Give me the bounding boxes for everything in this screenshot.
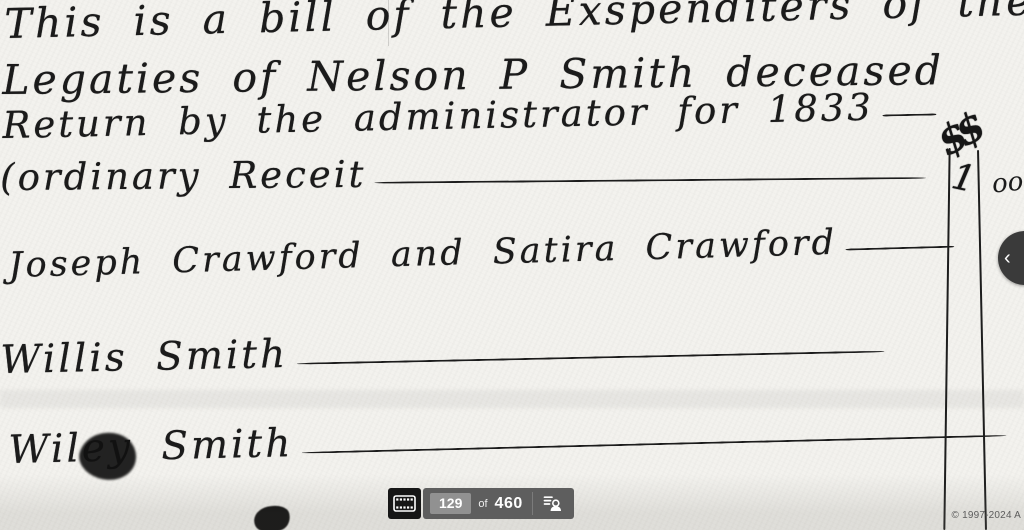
document-line-text: (ordinary Receit (0, 153, 367, 199)
filmstrip-icon (393, 495, 416, 512)
page-navigation-toolbar: 129 of 460 (388, 488, 574, 519)
document-line-text: Wiley Smith (8, 421, 294, 473)
side-panel-handle[interactable]: ‹ (998, 231, 1024, 285)
ink-rule-line (374, 177, 926, 184)
total-pages: 460 (495, 495, 523, 513)
ledger-column-line (977, 150, 987, 530)
document-line: Joseph Crawford and Satira Crawford (8, 220, 957, 286)
document-line-text: Joseph Crawford and Satira Crawford (8, 223, 838, 286)
document-line-text: Willis Smith (0, 332, 289, 383)
toolbar-divider (532, 492, 533, 515)
ledger-column-line (943, 148, 950, 530)
page-indicator-group: 129 of 460 (423, 488, 574, 519)
ink-rule-line (882, 113, 936, 116)
of-label: of (478, 498, 487, 510)
scan-shadow-band (0, 390, 1024, 408)
index-people-icon (543, 495, 562, 512)
index-panel-button[interactable] (540, 488, 566, 519)
copyright-notice: © 1997-2024 A (952, 510, 1021, 521)
document-line-text: This is a bill of the Exspenditers of th… (4, 0, 1024, 48)
ink-blot (252, 503, 293, 530)
document-line: Wiley Smith (8, 404, 1009, 473)
ink-rule-line (301, 435, 1006, 454)
ink-rule-line (845, 246, 954, 251)
image-viewer: This is a bill of the Exspenditers of th… (0, 0, 1024, 530)
document-line: This is a bill of the Exspenditers of th… (4, 0, 1021, 48)
amount-cents: oo (991, 166, 1024, 199)
document-line: Willis Smith (0, 319, 887, 383)
chevron-left-icon: ‹ (1004, 247, 1011, 270)
page-number-input[interactable]: 129 (430, 493, 471, 514)
filmstrip-button[interactable] (388, 488, 421, 519)
ink-rule-line (296, 350, 884, 364)
document-line: (ordinary Receit (0, 148, 928, 199)
